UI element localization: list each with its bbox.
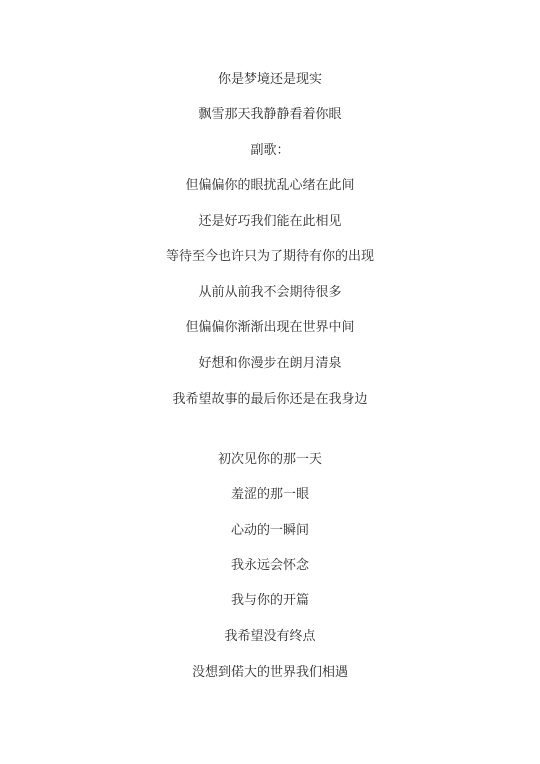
lyric-line: 初次见你的那一天 <box>0 451 540 469</box>
lyric-line: 好想和你漫步在朗月清泉 <box>0 355 540 373</box>
lyric-line: 我希望故事的最后你还是在我身边 <box>0 391 540 409</box>
lyric-line: 飘雪那天我静静看着你眼 <box>0 106 540 124</box>
lyric-line: 你是梦境还是现实 <box>0 71 540 89</box>
lyric-line: 但偏偏你的眼扰乱心绪在此间 <box>0 177 540 195</box>
lyric-line: 还是好巧我们能在此相见 <box>0 213 540 231</box>
lyric-line: 但偏偏你渐渐出现在世界中间 <box>0 319 540 337</box>
lyric-line: 我永远会怀念 <box>0 557 540 575</box>
lyric-line: 心动的一瞬间 <box>0 522 540 540</box>
lyric-line: 等待至今也许只为了期待有你的出现 <box>0 248 540 266</box>
lyric-line: 没想到偌大的世界我们相遇 <box>0 664 540 682</box>
lyric-line: 我与你的开篇 <box>0 592 540 610</box>
document-page: 你是梦境还是现实 飘雪那天我静静看着你眼 副歌： 但偏偏你的眼扰乱心绪在此间 还… <box>0 0 540 764</box>
chorus-label: 副歌： <box>0 142 540 160</box>
lyric-line: 我希望没有终点 <box>0 628 540 646</box>
lyric-line: 从前从前我不会期待很多 <box>0 284 540 302</box>
lyric-line: 羞涩的那一眼 <box>0 486 540 504</box>
